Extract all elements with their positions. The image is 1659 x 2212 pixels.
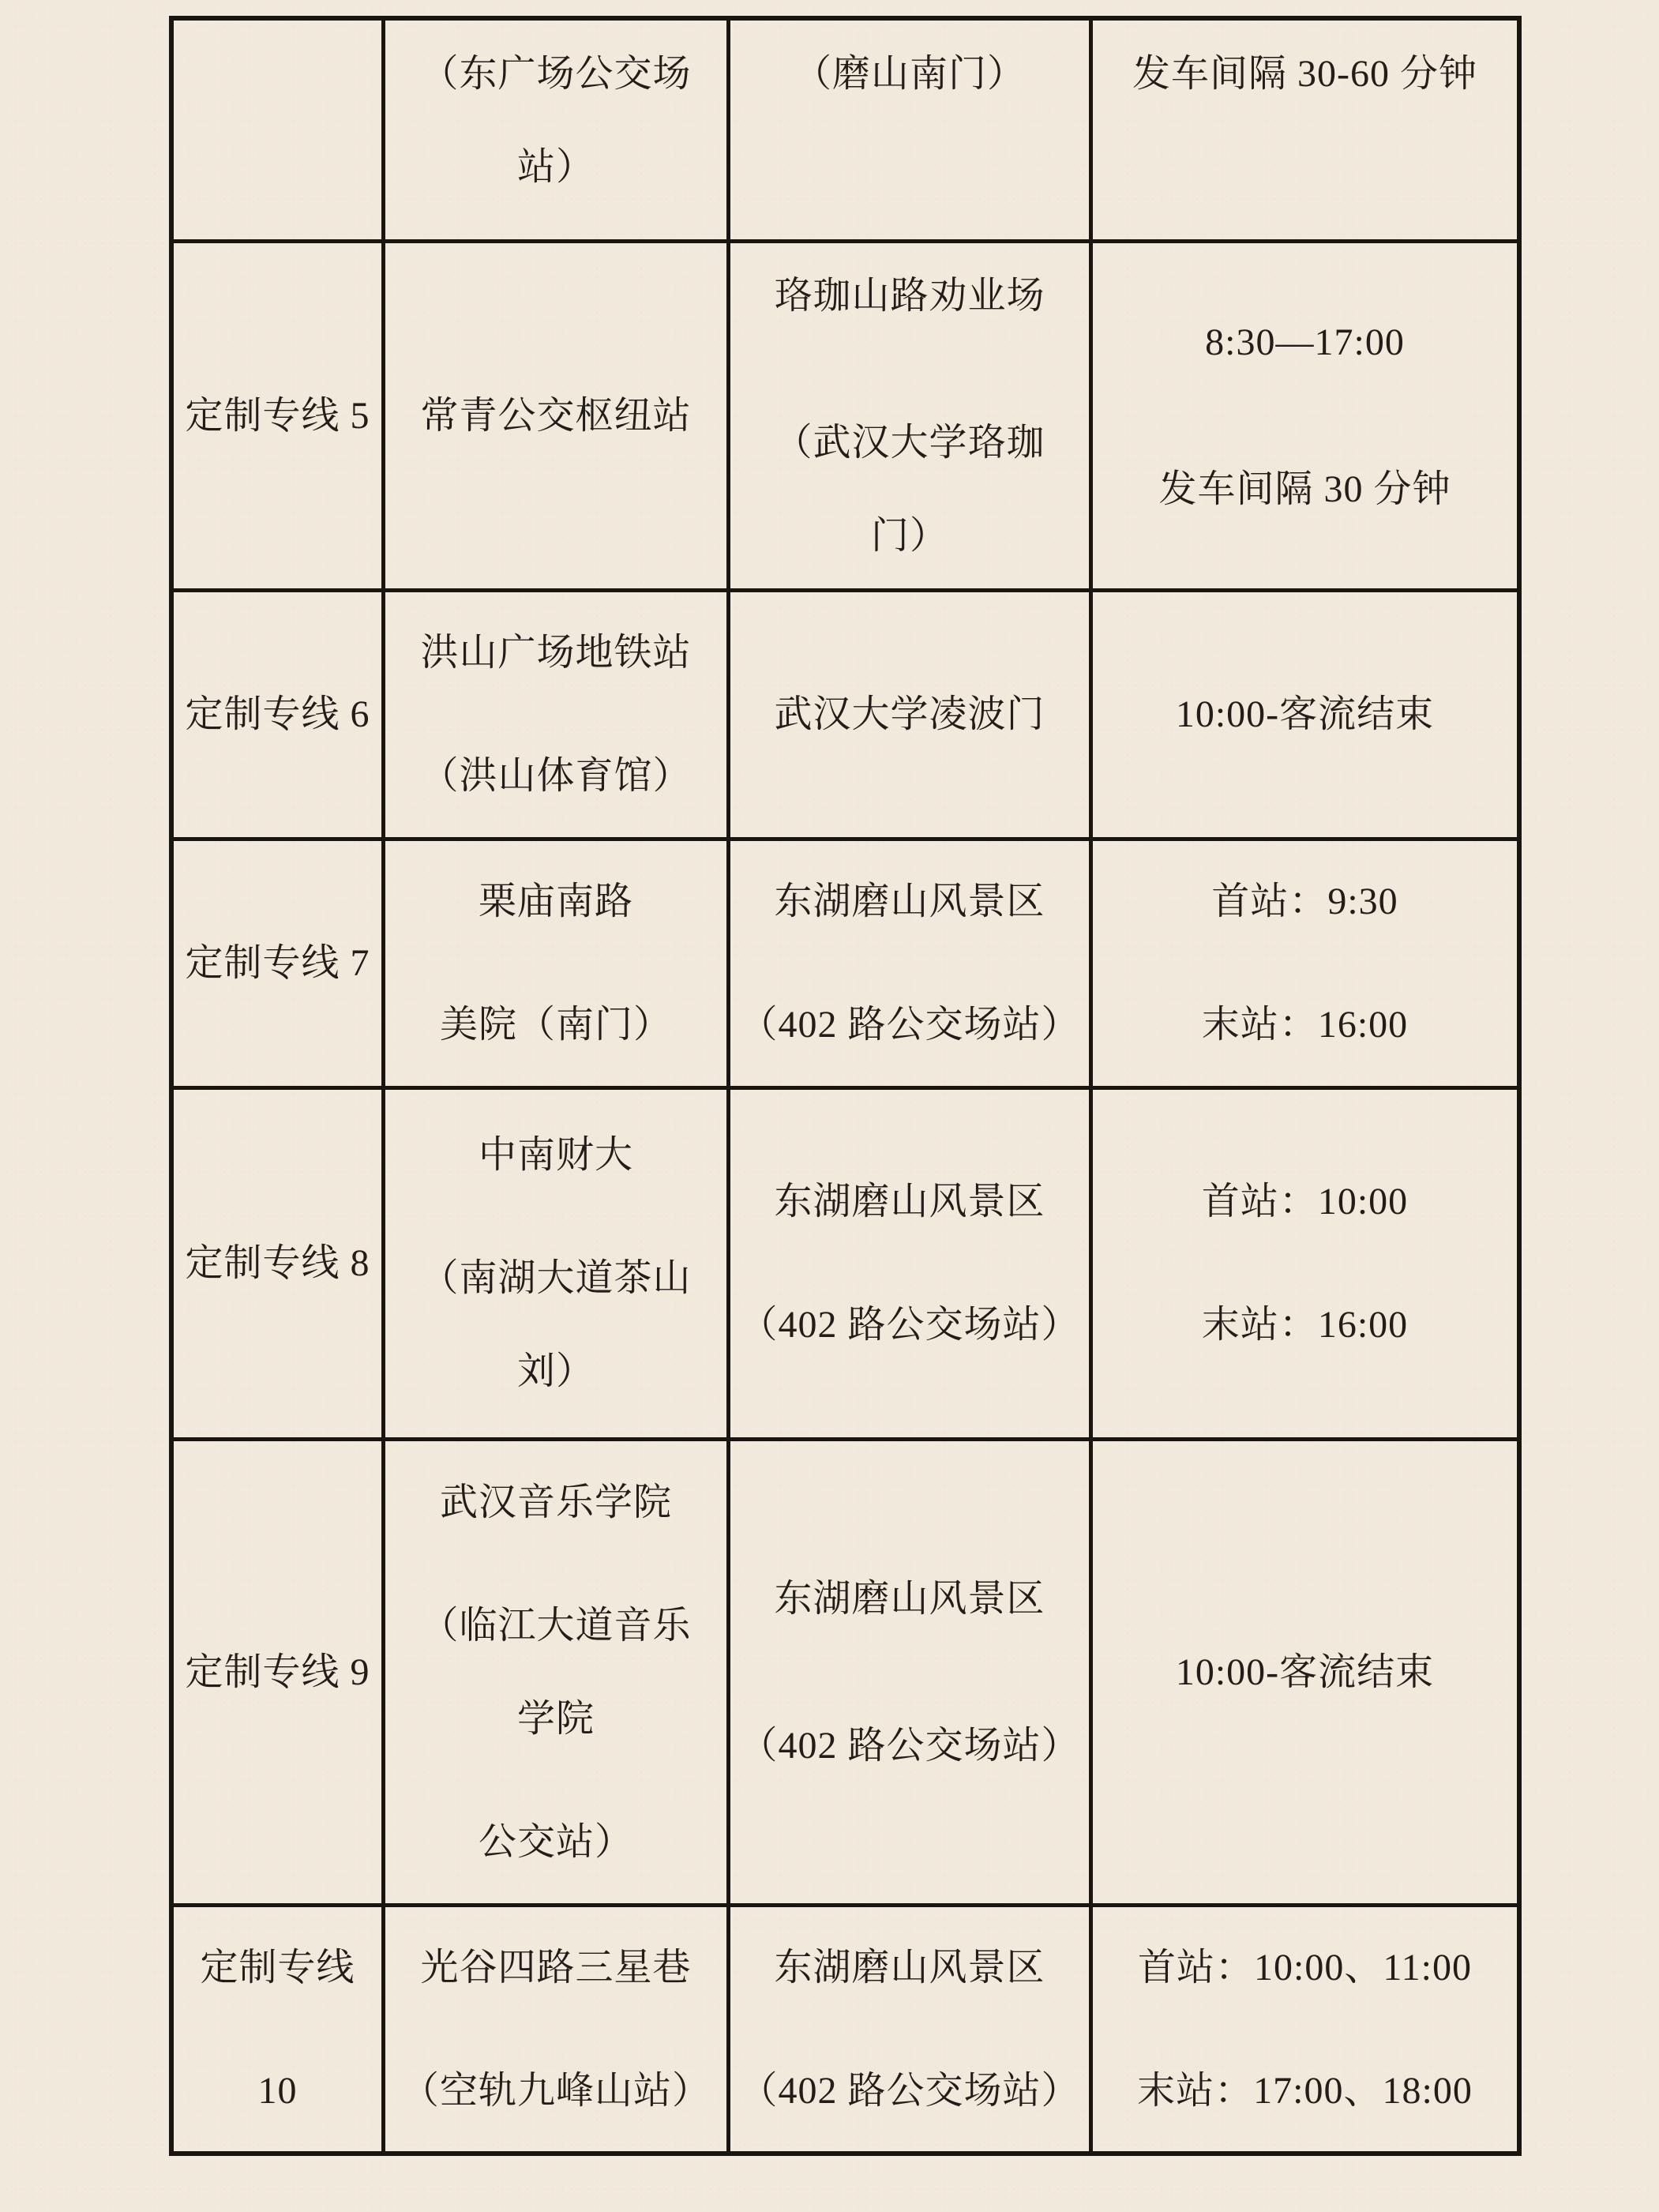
cell-text-line: 定制专线 7: [185, 941, 370, 986]
cell-text-line: （武汉大学珞珈: [774, 421, 1045, 465]
cell-text-line: 东湖磨山风景区: [774, 1180, 1045, 1224]
cell-line-name: [174, 21, 385, 243]
cell-origin-station: 洪山广场地铁站 （洪山体育馆）: [385, 592, 730, 841]
cell-schedule: 首站：10:00、11:00 末站：17:00、18:00: [1093, 1907, 1517, 2151]
cell-text-line: 末站：17:00、18:00: [1137, 2069, 1473, 2113]
cell-text-line: （402 路公交场站）: [739, 1724, 1079, 1768]
cell-text-line: 定制专线 6: [185, 693, 370, 737]
cell-text-line: 洪山广场地铁站: [420, 631, 691, 675]
cell-text-line: 首站：10:00、11:00: [1138, 1946, 1472, 1990]
cell-text-line: 公交站）: [479, 1820, 633, 1865]
cell-schedule: 10:00-客流结束: [1093, 1441, 1517, 1907]
cell-text-line: 末站：16:00: [1202, 1003, 1408, 1047]
cell-text-line: 首站：10:00: [1202, 1180, 1408, 1224]
cell-text-line: （南湖大道茶山: [420, 1256, 691, 1301]
cell-text-line: （402 路公交场站）: [739, 1303, 1079, 1347]
cell-text-line: 东湖磨山风景区: [774, 1577, 1045, 1621]
cell-text-line: 10:00-客流结束: [1176, 693, 1434, 737]
cell-text-line: 10:00-客流结束: [1176, 1651, 1434, 1695]
cell-destination-station: 东湖磨山风景区 （402 路公交场站）: [730, 1090, 1093, 1441]
cell-text-line: （空轨九峰山站）: [401, 2069, 711, 2113]
cell-text-line: （临江大道音乐: [420, 1604, 691, 1648]
cell-schedule: 8:30—17:00 发车间隔 30 分钟: [1093, 243, 1517, 592]
cell-destination-station: 武汉大学凌波门: [730, 592, 1093, 841]
cell-text-line: 光谷四路三星巷: [420, 1946, 691, 1990]
cell-text-line: （402 路公交场站）: [739, 1003, 1079, 1047]
cell-line-name: 定制专线 9: [174, 1441, 385, 1907]
cell-line-name: 定制专线 6: [174, 592, 385, 841]
cell-text-line: 8:30—17:00: [1205, 321, 1405, 365]
cell-text-line: 刘）: [517, 1350, 595, 1394]
cell-text-line: 美院（南门）: [440, 1003, 672, 1047]
cell-line-name: 定制专线 7: [174, 841, 385, 1090]
cell-schedule: 首站：9:30 末站：16:00: [1093, 841, 1517, 1090]
cell-text-line: 站）: [517, 145, 595, 190]
cell-origin-station: 光谷四路三星巷 （空轨九峰山站）: [385, 1907, 730, 2151]
cell-text-line: 10: [258, 2069, 298, 2113]
cell-origin-station: 武汉音乐学院 （临江大道音乐 学院 公交站）: [385, 1441, 730, 1907]
cell-line-name: 定制专线 10: [174, 1907, 385, 2151]
cell-text-line: （磨山南门）: [794, 52, 1026, 96]
cell-text-line: 栗庙南路: [479, 880, 633, 924]
cell-text-line: 定制专线: [200, 1946, 355, 1990]
cell-text-line: （402 路公交场站）: [739, 2069, 1079, 2113]
cell-destination-station: 东湖磨山风景区 （402 路公交场站）: [730, 841, 1093, 1090]
cell-text-line: 发车间隔 30 分钟: [1158, 468, 1451, 512]
cell-text-line: 中南财大: [479, 1133, 633, 1177]
cell-text-line: 武汉大学凌波门: [774, 693, 1045, 737]
cell-destination-station: 珞珈山路劝业场 （武汉大学珞珈 门）: [730, 243, 1093, 592]
cell-origin-station: 常青公交枢纽站: [385, 243, 730, 592]
cell-text-line: 定制专线 5: [185, 394, 370, 438]
cell-text-line: 常青公交枢纽站: [420, 394, 691, 438]
cell-origin-station: 栗庙南路 美院（南门）: [385, 841, 730, 1090]
cell-destination-station: 东湖磨山风景区 （402 路公交场站）: [730, 1441, 1093, 1907]
cell-destination-station: 东湖磨山风景区 （402 路公交场站）: [730, 1907, 1093, 2151]
cell-text-line: 珞珈山路劝业场: [774, 274, 1045, 318]
cell-origin-station: 中南财大 （南湖大道茶山 刘）: [385, 1090, 730, 1441]
cell-line-name: 定制专线 5: [174, 243, 385, 592]
cell-text-line: 末站：16:00: [1202, 1303, 1408, 1347]
cell-schedule: 首站：10:00 末站：16:00: [1093, 1090, 1517, 1441]
cell-text-line: 武汉音乐学院: [440, 1481, 672, 1525]
bus-schedule-table: （东广场公交场 站） （磨山南门） 发车间隔 30-60 分钟 定制专线 5 常…: [169, 16, 1522, 2156]
cell-text-line: 发车间隔 30-60 分钟: [1132, 52, 1477, 96]
cell-schedule: 发车间隔 30-60 分钟: [1093, 21, 1517, 243]
cell-text-line: 东湖磨山风景区: [774, 880, 1045, 924]
cell-text-line: 学院: [517, 1697, 595, 1741]
cell-text-line: （洪山体育馆）: [420, 754, 691, 798]
cell-destination-station: （磨山南门）: [730, 21, 1093, 243]
cell-text-line: 定制专线 9: [185, 1651, 370, 1695]
cell-text-line: （东广场公交场: [420, 52, 691, 96]
cell-schedule: 10:00-客流结束: [1093, 592, 1517, 841]
cell-text-line: 首站：9:30: [1211, 880, 1398, 924]
cell-origin-station: （东广场公交场 站）: [385, 21, 730, 243]
cell-line-name: 定制专线 8: [174, 1090, 385, 1441]
cell-text-line: 门）: [871, 514, 948, 558]
cell-text-line: 东湖磨山风景区: [774, 1946, 1045, 1990]
cell-text-line: 定制专线 8: [185, 1241, 370, 1286]
